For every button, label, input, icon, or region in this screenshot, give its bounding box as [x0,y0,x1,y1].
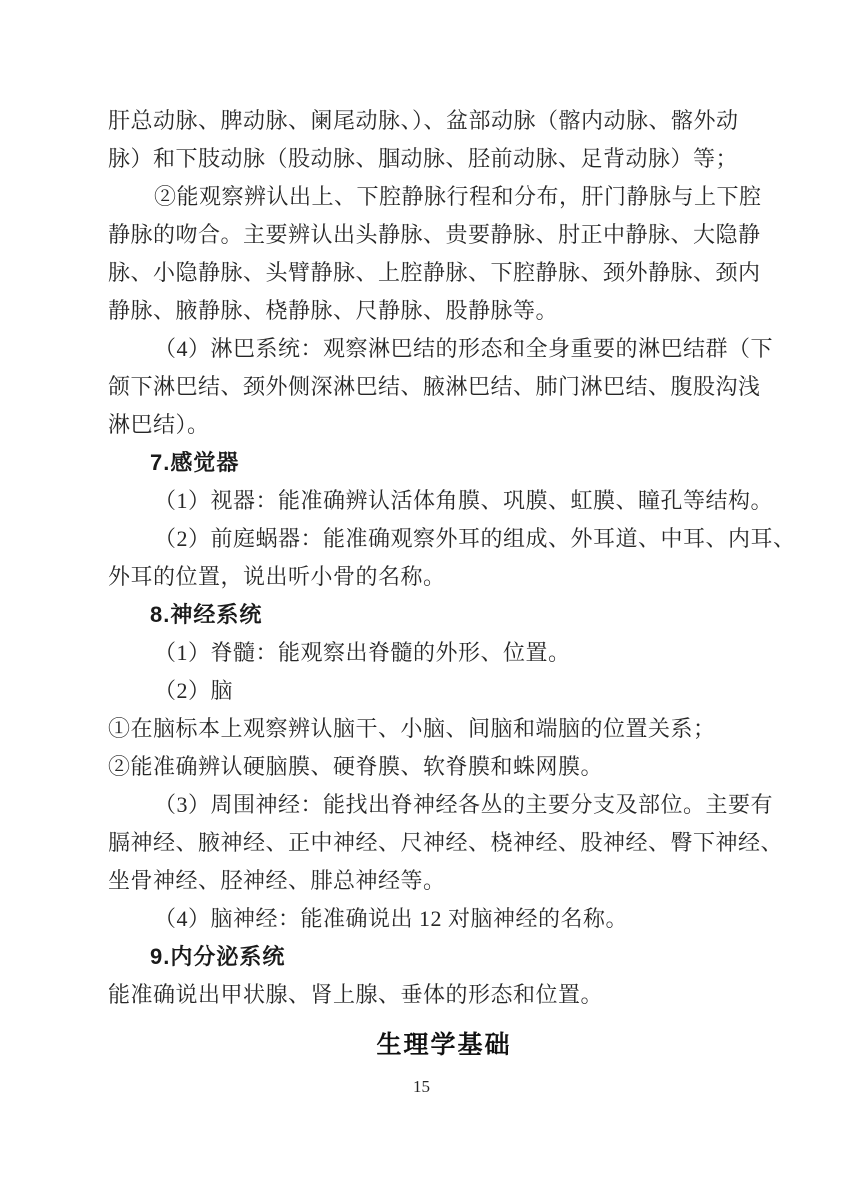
text-line: ①在脑标本上观察辨认脑干、小脑、间脑和端脑的位置关系； [108,710,742,748]
text-line: 静脉、腋静脉、桡静脉、尺静脉、股静脉等。 [108,292,742,330]
text-line: 外耳的位置，说出听小骨的名称。 [108,558,742,596]
heading-endocrine-system: 9.内分泌系统 [108,938,742,976]
text-line: （2）前庭蜗器：能准确观察外耳的组成、外耳道、中耳、内耳、 [108,520,742,558]
text-line: 脉）和下肢动脉（股动脉、腘动脉、胫前动脉、足背动脉）等； [108,140,742,178]
text-line: （1）视器：能准确辨认活体角膜、巩膜、虹膜、瞳孔等结构。 [108,482,742,520]
text-line: 脉、小隐静脉、头臂静脉、上腔静脉、下腔静脉、颈外静脉、颈内 [108,254,742,292]
scanned-document-page: 肝总动脉、脾动脉、阑尾动脉、）、盆部动脉（髂内动脉、髂外动 脉）和下肢动脉（股动… [0,0,843,1192]
text-line: （4）淋巴系统：观察淋巴结的形态和全身重要的淋巴结群（下 [108,330,742,368]
text-line: 肝总动脉、脾动脉、阑尾动脉、）、盆部动脉（髂内动脉、髂外动 [108,102,742,140]
text-line: 静脉的吻合。主要辨认出头静脉、贵要静脉、肘正中静脉、大隐静 [108,216,742,254]
text-line: （1）脊髓：能观察出脊髓的外形、位置。 [108,634,742,672]
text-line: （2）脑 [108,672,742,710]
text-line: ②能准确辨认硬脑膜、硬脊膜、软脊膜和蛛网膜。 [108,748,742,786]
body-text-block: 肝总动脉、脾动脉、阑尾动脉、）、盆部动脉（髂内动脉、髂外动 脉）和下肢动脉（股动… [108,102,742,1060]
text-line: 坐骨神经、胫神经、腓总神经等。 [108,862,742,900]
text-line: （4）脑神经：能准确说出 12 对脑神经的名称。 [108,900,742,938]
text-line: 颌下淋巴结、颈外侧深淋巴结、腋淋巴结、肺门淋巴结、腹股沟浅 [108,368,742,406]
section-title-physiology-basics: 生理学基础 [108,1030,742,1060]
page-number: 15 [0,1077,843,1097]
heading-nervous-system: 8.神经系统 [108,596,742,634]
text-line: （3）周围神经：能找出脊神经各丛的主要分支及部位。主要有 [108,786,742,824]
text-line: 淋巴结）。 [108,406,742,444]
heading-sensory-organs: 7.感觉器 [108,444,742,482]
text-line: 能准确说出甲状腺、肾上腺、垂体的形态和位置。 [108,976,742,1014]
text-line: ②能观察辨认出上、下腔静脉行程和分布，肝门静脉与上下腔 [108,178,742,216]
text-line: 膈神经、腋神经、正中神经、尺神经、桡神经、股神经、臀下神经、 [108,824,742,862]
